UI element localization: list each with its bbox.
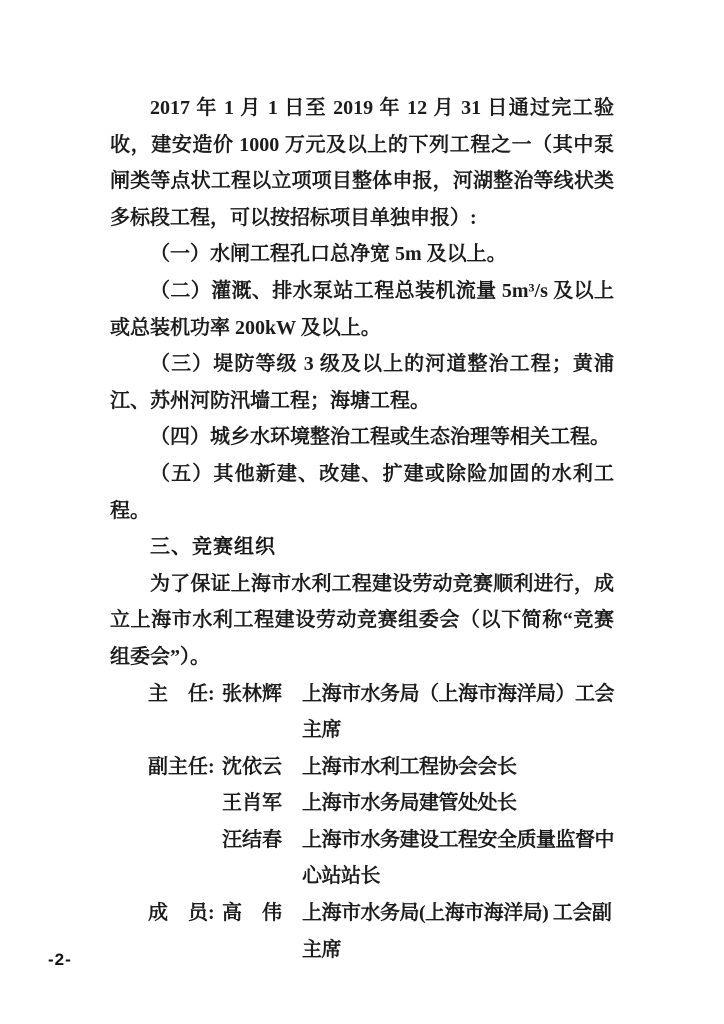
intro-paragraph: 2017 年 1 月 1 日至 2019 年 12 月 31 日通过完工验收，建… [110,90,614,236]
committee-member-title: 上海市水务局(上海市海洋局) 工会副主席 [302,895,614,968]
list-item-1: （一）水闸工程孔口总净宽 5m 及以上。 [110,236,614,273]
committee-role: 成 员: [148,895,222,932]
section-paragraph: 为了保证上海市水利工程建设劳动竞赛顺利进行，成立上海市水利工程建设劳动竞赛组委会… [110,566,614,676]
committee-member-title: 上海市水务建设工程安全质量监督中心站站长 [302,822,614,895]
committee-row-deputy-director-2: 王肖军 上海市水务局建管处处长 [148,785,614,822]
committee-member-name: 汪结春 [222,822,302,859]
list-item-4: （四）城乡水环境整治工程或生态治理等相关工程。 [110,419,614,456]
committee-member-name: 沈依云 [222,749,302,786]
committee-row-director: 主 任: 张林辉 上海市水务局（上海市海洋局）工会主席 [148,676,614,749]
committee-member-name: 王肖军 [222,785,302,822]
list-item-3: （三）堤防等级 3 级及以上的河道整治工程；黄浦江、苏州河防汛墙工程；海塘工程。 [110,346,614,419]
committee-role: 副主任: [148,749,222,786]
committee-row-deputy-director-3: 汪结春 上海市水务建设工程安全质量监督中心站站长 [148,822,614,895]
committee-member-title: 上海市水利工程协会会长 [302,749,614,786]
committee-member-name: 张林辉 [222,676,302,713]
committee-member-title: 上海市水务局建管处处长 [302,785,614,822]
section-heading: 三、竞赛组织 [110,529,614,566]
committee-role: 主 任: [148,676,222,713]
committee-row-deputy-director-1: 副主任: 沈依云 上海市水利工程协会会长 [148,749,614,786]
document-body: 2017 年 1 月 1 日至 2019 年 12 月 31 日通过完工验收，建… [110,90,614,968]
list-item-2: （二）灌溉、排水泵站工程总装机流量 5m³/s 及以上或总装机功率 200kW … [110,273,614,346]
committee-row-member: 成 员: 高 伟 上海市水务局(上海市海洋局) 工会副主席 [148,895,614,968]
scanned-document-page: 2017 年 1 月 1 日至 2019 年 12 月 31 日通过完工验收，建… [0,0,724,1024]
page-number: -2- [48,950,72,970]
committee-list: 主 任: 张林辉 上海市水务局（上海市海洋局）工会主席 副主任: 沈依云 上海市… [148,676,614,969]
committee-member-title: 上海市水务局（上海市海洋局）工会主席 [302,676,614,749]
list-item-5: （五）其他新建、改建、扩建或除险加固的水利工程。 [110,456,614,529]
committee-member-name: 高 伟 [222,895,302,932]
